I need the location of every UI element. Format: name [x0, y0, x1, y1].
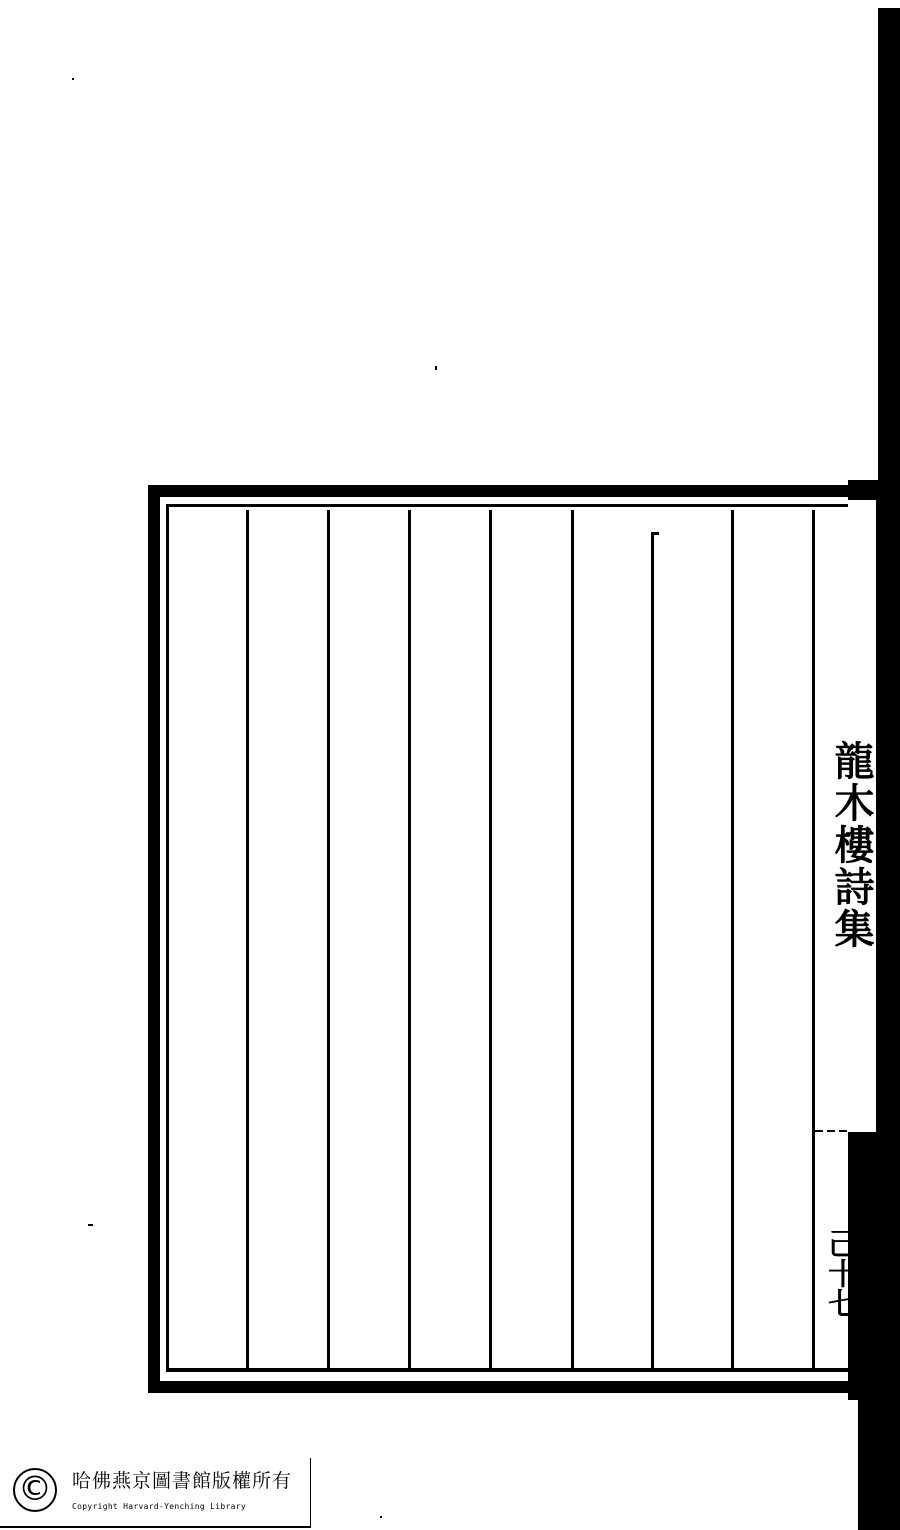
column-rule [731, 510, 734, 1368]
column-rule [571, 510, 574, 1368]
book-spine-bottom [858, 1395, 900, 1530]
dust-speck [435, 366, 437, 370]
book-spine-top [878, 8, 900, 488]
column-rule [327, 510, 330, 1368]
copyright-english: Copyright Harvard-Yenching Library [72, 1502, 246, 1511]
dust-speck [88, 1224, 93, 1226]
column-rule [651, 535, 654, 1368]
book-title: 龍木樓詩集 [828, 740, 874, 950]
dust-speck [72, 78, 74, 80]
column-rule [246, 510, 249, 1368]
copyright-icon: © [13, 1468, 57, 1512]
inner-frame [166, 504, 848, 1372]
fish-tail-mark [815, 1130, 849, 1132]
column-rule [408, 510, 411, 1368]
dust-speck [380, 1516, 382, 1518]
column-rule [489, 510, 492, 1368]
copyright-chinese: 哈佛燕京圖書館版權所有 [72, 1466, 292, 1493]
ink-mark [651, 532, 659, 535]
folio-number: 己十七 [820, 1228, 856, 1318]
column-rule [812, 510, 815, 1368]
copyright-stamp: © 哈佛燕京圖書館版權所有 Copyright Harvard-Yenching… [0, 1458, 311, 1528]
